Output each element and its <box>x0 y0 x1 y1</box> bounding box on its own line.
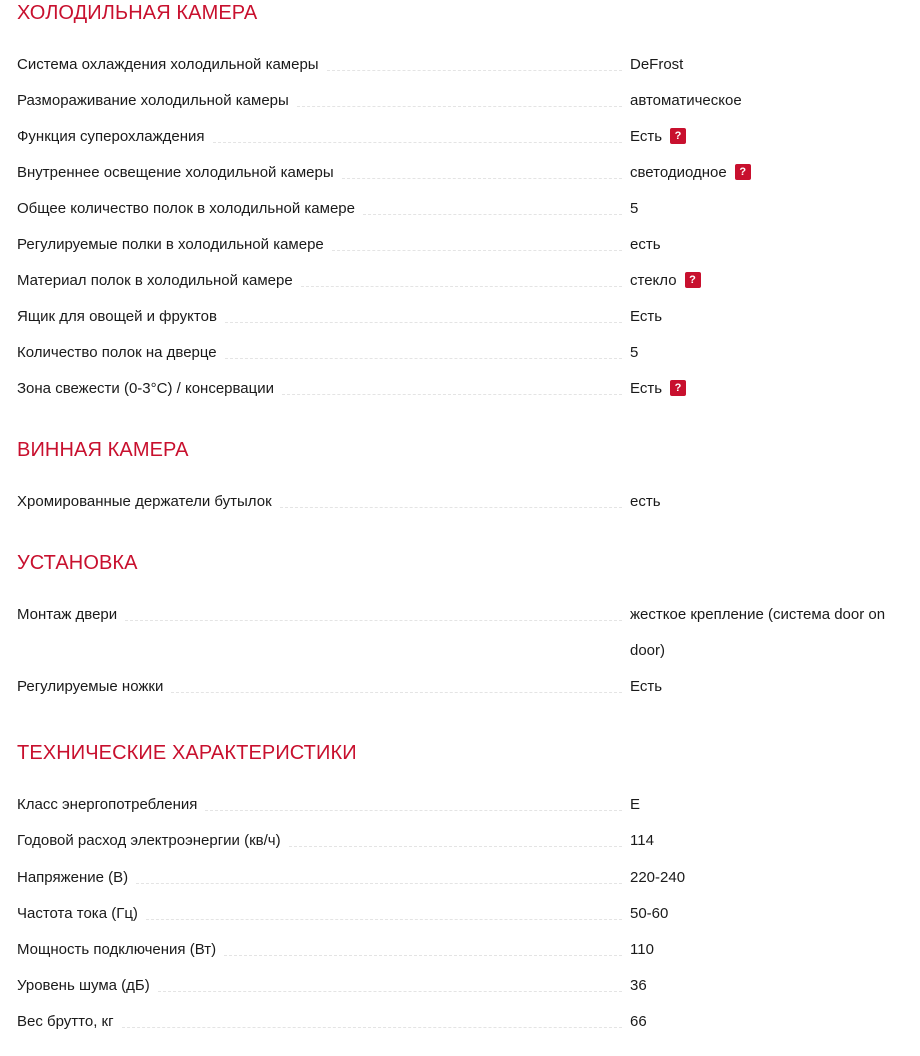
spec-row: Класс энергопотребленияE <box>17 787 903 823</box>
spec-value-cell: Есть? <box>630 371 903 407</box>
spec-value-cell: 110 <box>630 932 903 968</box>
spec-label-cell: Регулируемые ножки <box>17 669 630 705</box>
dotted-leader <box>363 213 622 215</box>
section-title: УСТАНОВКА <box>17 550 903 576</box>
spec-value-cell: Есть <box>630 299 903 335</box>
spec-label-cell: Система охлаждения холодильной камеры <box>17 47 630 83</box>
spec-value-cell: 50-60 <box>630 896 903 932</box>
spec-label: Функция суперохлаждения <box>17 119 213 155</box>
spec-label: Уровень шума (дБ) <box>17 968 158 1004</box>
dotted-leader <box>289 845 622 847</box>
spec-value: 5 <box>630 200 638 217</box>
spec-label: Напряжение (В) <box>17 860 136 896</box>
spec-value: 36 <box>630 977 647 994</box>
spec-value-cell: 220-240 <box>630 860 903 896</box>
spec-row: Мощность подключения (Вт)110 <box>17 932 903 968</box>
spec-label: Класс энергопотребления <box>17 787 205 823</box>
spec-label-cell: Класс энергопотребления <box>17 787 630 823</box>
spec-label: Вес брутто, кг <box>17 1004 122 1040</box>
section-title: ТЕХНИЧЕСКИЕ ХАРАКТЕРИСТИКИ <box>17 740 903 766</box>
dotted-leader <box>122 1026 622 1028</box>
spec-value: есть <box>630 493 661 510</box>
spec-label: Мощность подключения (Вт) <box>17 932 224 968</box>
spec-label: Регулируемые ножки <box>17 669 171 705</box>
spec-label-cell: Функция суперохлаждения <box>17 119 630 155</box>
section-cold-chamber: ХОЛОДИЛЬНАЯ КАМЕРАСистема охлаждения хол… <box>17 0 903 407</box>
spec-list: Монтаж дверижесткое крепление (система d… <box>17 597 903 705</box>
spec-value: стекло <box>630 272 677 289</box>
spec-value: 114 <box>630 833 654 850</box>
spec-label: Годовой расход электроэнергии (кв/ч) <box>17 823 289 859</box>
dotted-leader <box>125 619 622 621</box>
spec-list: Хромированные держатели бутылокесть <box>17 484 903 520</box>
dotted-leader <box>225 321 622 323</box>
question-mark-icon[interactable]: ? <box>735 164 751 180</box>
spec-label-cell: Зона свежести (0-3°C) / консервации <box>17 371 630 407</box>
spec-value: 66 <box>630 1013 647 1030</box>
question-mark-icon[interactable]: ? <box>670 128 686 144</box>
spec-label-cell: Количество полок на дверце <box>17 335 630 371</box>
dotted-leader <box>332 249 622 251</box>
dotted-leader <box>224 954 622 956</box>
spec-label-cell: Монтаж двери <box>17 597 630 633</box>
spec-label-cell: Годовой расход электроэнергии (кв/ч) <box>17 823 630 859</box>
spec-row: Функция суперохлажденияЕсть? <box>17 119 903 155</box>
dotted-leader <box>301 285 622 287</box>
spec-list: Система охлаждения холодильной камерыDeF… <box>17 47 903 407</box>
spec-row: Частота тока (Гц)50-60 <box>17 896 903 932</box>
spec-label-cell: Вес брутто, кг <box>17 1004 630 1040</box>
spec-row: Регулируемые полки в холодильной камерее… <box>17 227 903 263</box>
spec-row: Регулируемые ножкиЕсть <box>17 669 903 705</box>
dotted-leader <box>213 141 623 143</box>
spec-value: 110 <box>630 941 654 958</box>
spec-value-cell: стекло? <box>630 263 903 299</box>
spec-value-cell: Есть <box>630 669 903 705</box>
spec-label-cell: Напряжение (В) <box>17 860 630 896</box>
spec-label: Ящик для овощей и фруктов <box>17 299 225 335</box>
spec-label-cell: Уровень шума (дБ) <box>17 968 630 1004</box>
dotted-leader <box>280 506 622 508</box>
question-mark-icon[interactable]: ? <box>670 380 686 396</box>
spec-row: Материал полок в холодильной камерестекл… <box>17 263 903 299</box>
spec-value: автоматическое <box>630 92 742 109</box>
question-mark-icon[interactable]: ? <box>685 272 701 288</box>
spec-value: 50-60 <box>630 905 668 922</box>
dotted-leader <box>158 990 622 992</box>
dotted-leader <box>136 882 622 884</box>
spec-label: Количество полок на дверце <box>17 335 225 371</box>
spec-label-cell: Материал полок в холодильной камере <box>17 263 630 299</box>
spec-label: Зона свежести (0-3°C) / консервации <box>17 371 282 407</box>
spec-label: Хромированные держатели бутылок <box>17 484 280 520</box>
spec-value-cell: E <box>630 787 903 823</box>
spec-value: Есть <box>630 308 662 325</box>
spec-label-cell: Размораживание холодильной камеры <box>17 83 630 119</box>
spec-label-cell: Частота тока (Гц) <box>17 896 630 932</box>
section-installation: УСТАНОВКАМонтаж дверижесткое крепление (… <box>17 550 903 705</box>
spec-value: есть <box>630 236 661 253</box>
spec-row: Напряжение (В)220-240 <box>17 860 903 896</box>
section-title: ХОЛОДИЛЬНАЯ КАМЕРА <box>17 0 903 26</box>
spec-label: Система охлаждения холодильной камеры <box>17 47 327 83</box>
spec-value: 5 <box>630 344 638 361</box>
dotted-leader <box>205 809 622 811</box>
specifications: ХОЛОДИЛЬНАЯ КАМЕРАСистема охлаждения хол… <box>0 0 903 1040</box>
dotted-leader <box>297 105 622 107</box>
spec-label-cell: Общее количество полок в холодильной кам… <box>17 191 630 227</box>
dotted-leader <box>146 918 622 920</box>
spec-label: Монтаж двери <box>17 597 125 633</box>
spec-row: Уровень шума (дБ)36 <box>17 968 903 1004</box>
spec-row: Хромированные держатели бутылокесть <box>17 484 903 520</box>
spec-row: Количество полок на дверце5 <box>17 335 903 371</box>
spec-value-cell: Есть? <box>630 119 903 155</box>
spec-label: Внутреннее освещение холодильной камеры <box>17 155 342 191</box>
spec-value-cell: 66 <box>630 1004 903 1040</box>
spec-value-cell: автоматическое <box>630 83 903 119</box>
spec-value-cell: жесткое крепление (система door on door) <box>630 597 903 669</box>
spec-value-cell: 114 <box>630 823 903 859</box>
spec-label: Частота тока (Гц) <box>17 896 146 932</box>
spec-label: Регулируемые полки в холодильной камере <box>17 227 332 263</box>
spec-value: Есть <box>630 128 662 145</box>
spec-row: Ящик для овощей и фруктовЕсть <box>17 299 903 335</box>
spec-label: Общее количество полок в холодильной кам… <box>17 191 363 227</box>
spec-value: Есть <box>630 380 662 397</box>
spec-label: Материал полок в холодильной камере <box>17 263 301 299</box>
spec-value-cell: DeFrost <box>630 47 903 83</box>
spec-value-cell: есть <box>630 484 903 520</box>
spec-label-cell: Регулируемые полки в холодильной камере <box>17 227 630 263</box>
spec-row: Монтаж дверижесткое крепление (система d… <box>17 597 903 669</box>
dotted-leader <box>342 177 622 179</box>
spec-label-cell: Хромированные держатели бутылок <box>17 484 630 520</box>
spec-value: жесткое крепление (система door on door) <box>630 606 885 659</box>
spec-row: Годовой расход электроэнергии (кв/ч)114 <box>17 823 903 859</box>
spec-value-cell: 36 <box>630 968 903 1004</box>
spec-value: E <box>630 796 640 813</box>
dotted-leader <box>282 393 622 395</box>
spec-value: Есть <box>630 678 662 695</box>
section-title: ВИННАЯ КАМЕРА <box>17 437 903 463</box>
spec-row: Общее количество полок в холодильной кам… <box>17 191 903 227</box>
spec-row: Внутреннее освещение холодильной камерыс… <box>17 155 903 191</box>
spec-label: Размораживание холодильной камеры <box>17 83 297 119</box>
spec-value-cell: 5 <box>630 335 903 371</box>
spec-value-cell: есть <box>630 227 903 263</box>
dotted-leader <box>171 691 622 693</box>
spec-label-cell: Ящик для овощей и фруктов <box>17 299 630 335</box>
spec-value-cell: светодиодное? <box>630 155 903 191</box>
dotted-leader <box>327 69 622 71</box>
spec-row: Вес брутто, кг66 <box>17 1004 903 1040</box>
spec-row: Размораживание холодильной камерыавтомат… <box>17 83 903 119</box>
spec-value: светодиодное <box>630 164 727 181</box>
spec-label-cell: Внутреннее освещение холодильной камеры <box>17 155 630 191</box>
spec-value: 220-240 <box>630 869 685 886</box>
spec-value: DeFrost <box>630 56 683 73</box>
spec-row: Система охлаждения холодильной камерыDeF… <box>17 47 903 83</box>
spec-list: Класс энергопотребленияEГодовой расход э… <box>17 787 903 1039</box>
spec-value-cell: 5 <box>630 191 903 227</box>
section-wine-chamber: ВИННАЯ КАМЕРАХромированные держатели бут… <box>17 437 903 520</box>
spec-label-cell: Мощность подключения (Вт) <box>17 932 630 968</box>
dotted-leader <box>225 357 622 359</box>
spec-row: Зона свежести (0-3°C) / консервацииЕсть? <box>17 371 903 407</box>
section-technical: ТЕХНИЧЕСКИЕ ХАРАКТЕРИСТИКИКласс энергопо… <box>17 740 903 1039</box>
